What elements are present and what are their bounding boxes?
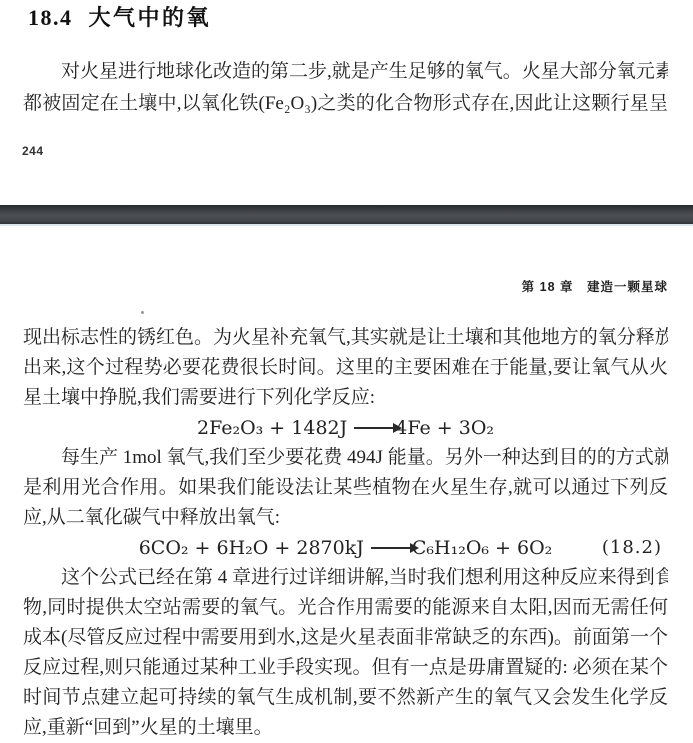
section-title: 大气中的氧 [89, 5, 212, 30]
text-line: 对火星进行地球化改造的第二步,就是产生足够的氧气。火星大部分氧元素 [23, 56, 668, 88]
document-page: 18.4大气中的氧 对火星进行地球化改造的第二步,就是产生足够的氧气。火星大部分… [0, 0, 693, 743]
text-line: 星土壤中挣脱,我们需要进行下列化学反应: [23, 383, 668, 413]
text-line: 是利用光合作用。如果我们能设法让某些植物在火星生存,就可以通过下列反 [23, 473, 668, 503]
text-line: 出来,这个过程势必要花费很长时间。这里的主要困难在于能量,要让氧气从火 [23, 353, 668, 383]
paragraph-2: 现出标志性的锈红色。为火星补充氧气,其实就是让土壤和其他地方的氧分释放出来,这个… [23, 323, 668, 413]
text-line: 物,同时提供太空站需要的氧气。光合作用需要的能源来自太阳,因而无需任何 [23, 593, 668, 623]
equation-1-lhs: 2Fe₂O₃ + 1482J [197, 417, 347, 439]
text-line: 应,重新“回到”火星的土壤里。 [23, 713, 668, 743]
section-heading: 18.4大气中的氧 [28, 1, 211, 32]
paragraph-3: 每生产 1mol 氧气,我们至少要花费 494J 能量。另外一种达到目的的方式就… [23, 443, 668, 533]
page-separator-band [0, 205, 693, 226]
scan-artifact-dot [141, 311, 144, 314]
paragraph-4: 这个公式已经在第 4 章进行过详细讲解,当时我们想利用这种反应来得到食物,同时提… [23, 563, 668, 743]
equation-number: (18.2) [602, 533, 662, 563]
reaction-arrow-icon [354, 427, 394, 429]
chemical-equation-2: 6CO₂ + 6H₂O + 2870kJC₆H₁₂O₆ + 6O₂ (18.2) [23, 533, 668, 563]
text-line: 反应过程,则只能通过某种工业手段实现。但有一点是毋庸置疑的: 必须在某个 [23, 653, 668, 683]
equation-2-lhs: 6CO₂ + 6H₂O + 2870kJ [139, 537, 364, 559]
paragraph-1: 对火星进行地球化改造的第二步,就是产生足够的氧气。火星大部分氧元素都被固定在土壤… [23, 56, 668, 120]
running-header: 第 18 章 建造一颗星球 [522, 277, 668, 295]
text-line: 应,从二氧化碳气中释放出氧气: [23, 503, 668, 533]
reaction-arrow-icon [371, 547, 411, 549]
text-line: 现出标志性的锈红色。为火星补充氧气,其实就是让土壤和其他地方的氧分释放 [23, 323, 668, 353]
page-body: 现出标志性的锈红色。为火星补充氧气,其实就是让土壤和其他地方的氧分释放出来,这个… [23, 323, 668, 743]
text-line: 成本(尽管反应过程中需要用到水,这是火星表面非常缺乏的东西)。前面第一个 [23, 623, 668, 653]
equation-1-rhs: 4Fe + 3O₂ [395, 417, 494, 439]
text-line: 这个公式已经在第 4 章进行过详细讲解,当时我们想利用这种反应来得到食 [23, 563, 668, 593]
page-number: 244 [22, 144, 44, 158]
text-line: 每生产 1mol 氧气,我们至少要花费 494J 能量。另外一种达到目的的方式就 [23, 443, 668, 473]
section-number: 18.4 [28, 5, 73, 30]
chemical-equation-1: 2Fe₂O₃ + 1482J4Fe + 3O₂ [23, 413, 668, 443]
text-line: 都被固定在土壤中,以氧化铁(Fe₂O₃)之类的化合物形式存在,因此让这颗行星呈 [23, 88, 668, 120]
text-line: 时间节点建立起可持续的氧气生成机制,要不然新产生的氧气又会发生化学反 [23, 683, 668, 713]
equation-2-rhs: C₆H₁₂O₆ + 6O₂ [412, 537, 552, 559]
